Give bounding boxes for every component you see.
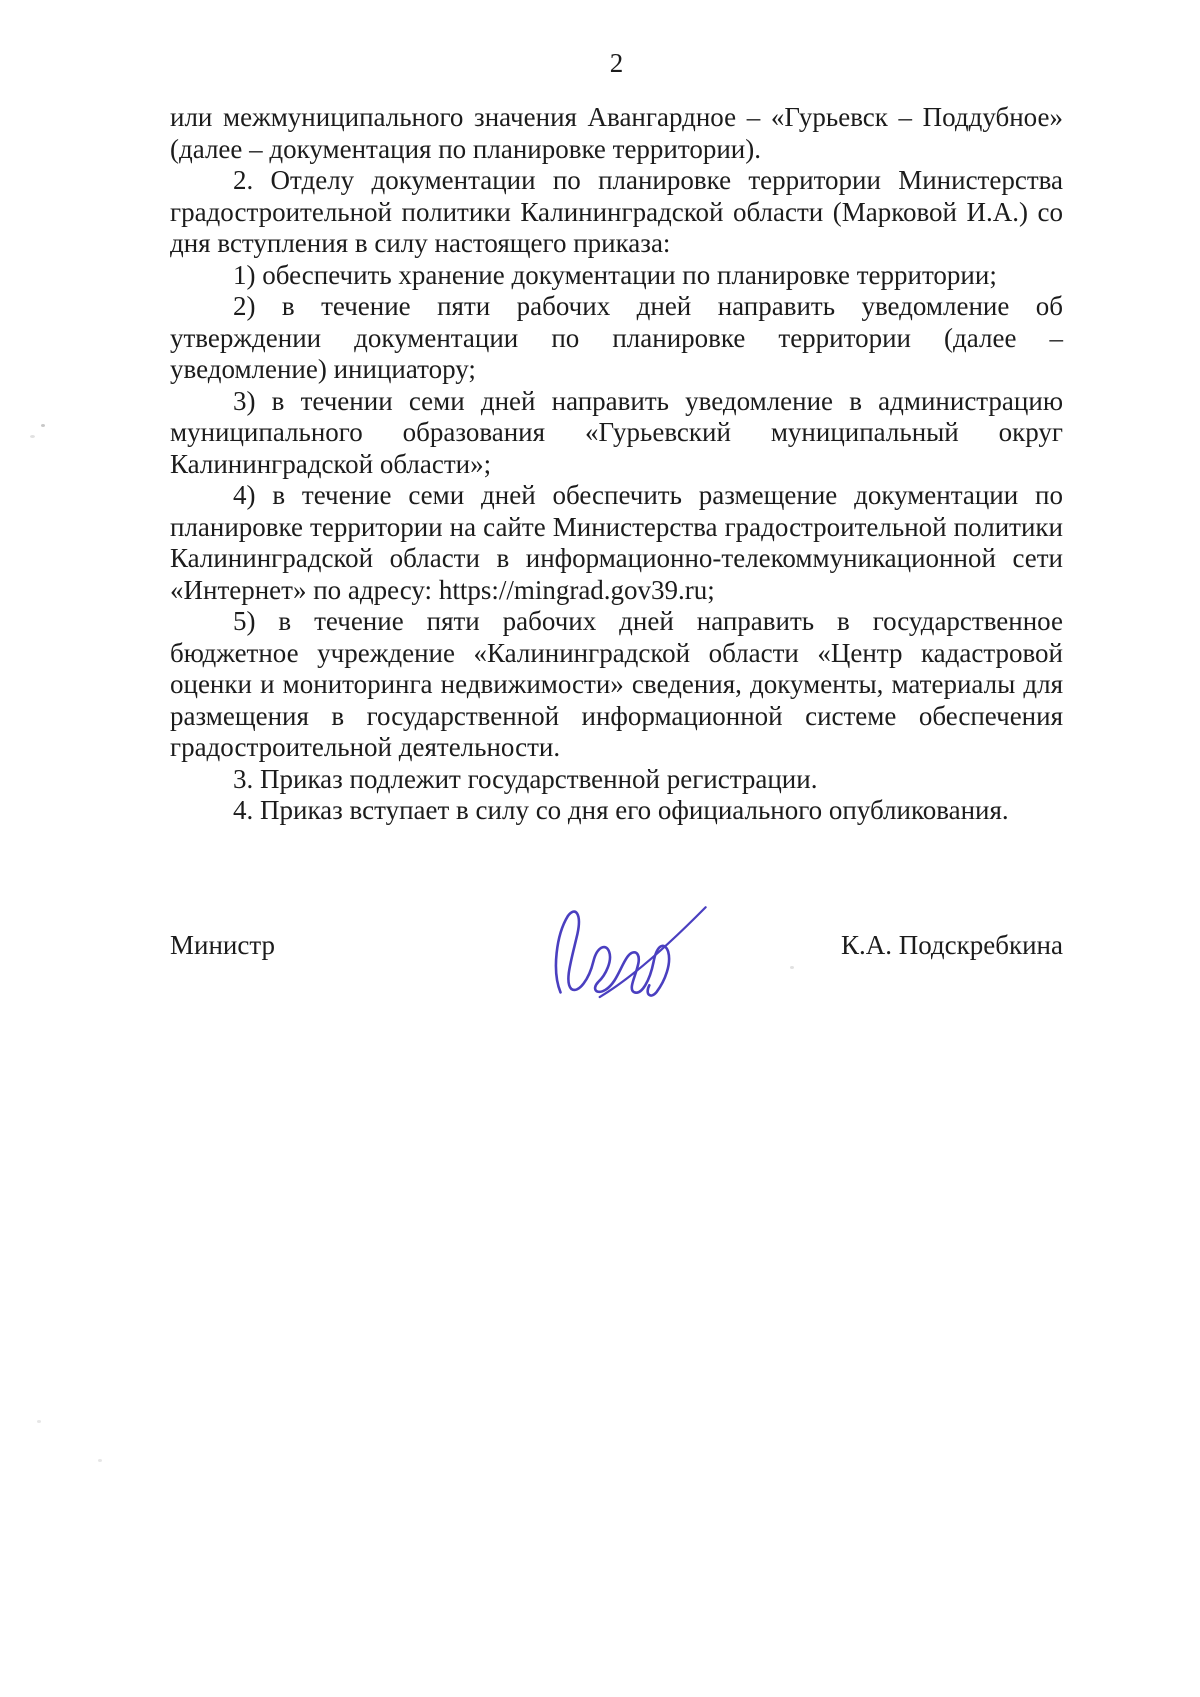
clause-2-subitem-2: 2) в течение пяти рабочих дней направить… xyxy=(170,291,1063,386)
signature-loops-stroke xyxy=(554,908,670,999)
signer-name: К.А. Подскребкина xyxy=(841,930,1063,962)
signer-title: Министр xyxy=(170,930,275,962)
scan-artifact xyxy=(790,966,794,969)
page-number: 2 xyxy=(170,48,1063,79)
clause-4-paragraph: 4. Приказ вступает в силу со дня его офи… xyxy=(170,795,1063,827)
clause-2-subitem-4: 4) в течение семи дней обеспечить размещ… xyxy=(170,480,1063,606)
scan-artifact xyxy=(98,1459,102,1462)
scan-artifact xyxy=(37,1420,41,1423)
clause-2-subitem-1: 1) обеспечить хранение документации по п… xyxy=(170,260,1063,292)
clause-3-paragraph: 3. Приказ подлежит государственной регис… xyxy=(170,764,1063,796)
scan-artifact xyxy=(30,435,35,438)
document-page: 2 или межмуниципального значения Авангар… xyxy=(0,0,1200,1697)
clause-2-subitem-5: 5) в течение пяти рабочих дней направить… xyxy=(170,606,1063,764)
minister-handwritten-signature-icon xyxy=(541,895,714,1001)
document-body: или межмуниципального значения Авангардн… xyxy=(170,102,1063,827)
clause-2-paragraph: 2. Отделу документации по планировке тер… xyxy=(170,165,1063,260)
scan-artifact xyxy=(41,424,45,427)
clause-2-subitem-3: 3) в течении семи дней направить уведомл… xyxy=(170,386,1063,481)
continuation-paragraph: или межмуниципального значения Авангардн… xyxy=(170,102,1063,165)
